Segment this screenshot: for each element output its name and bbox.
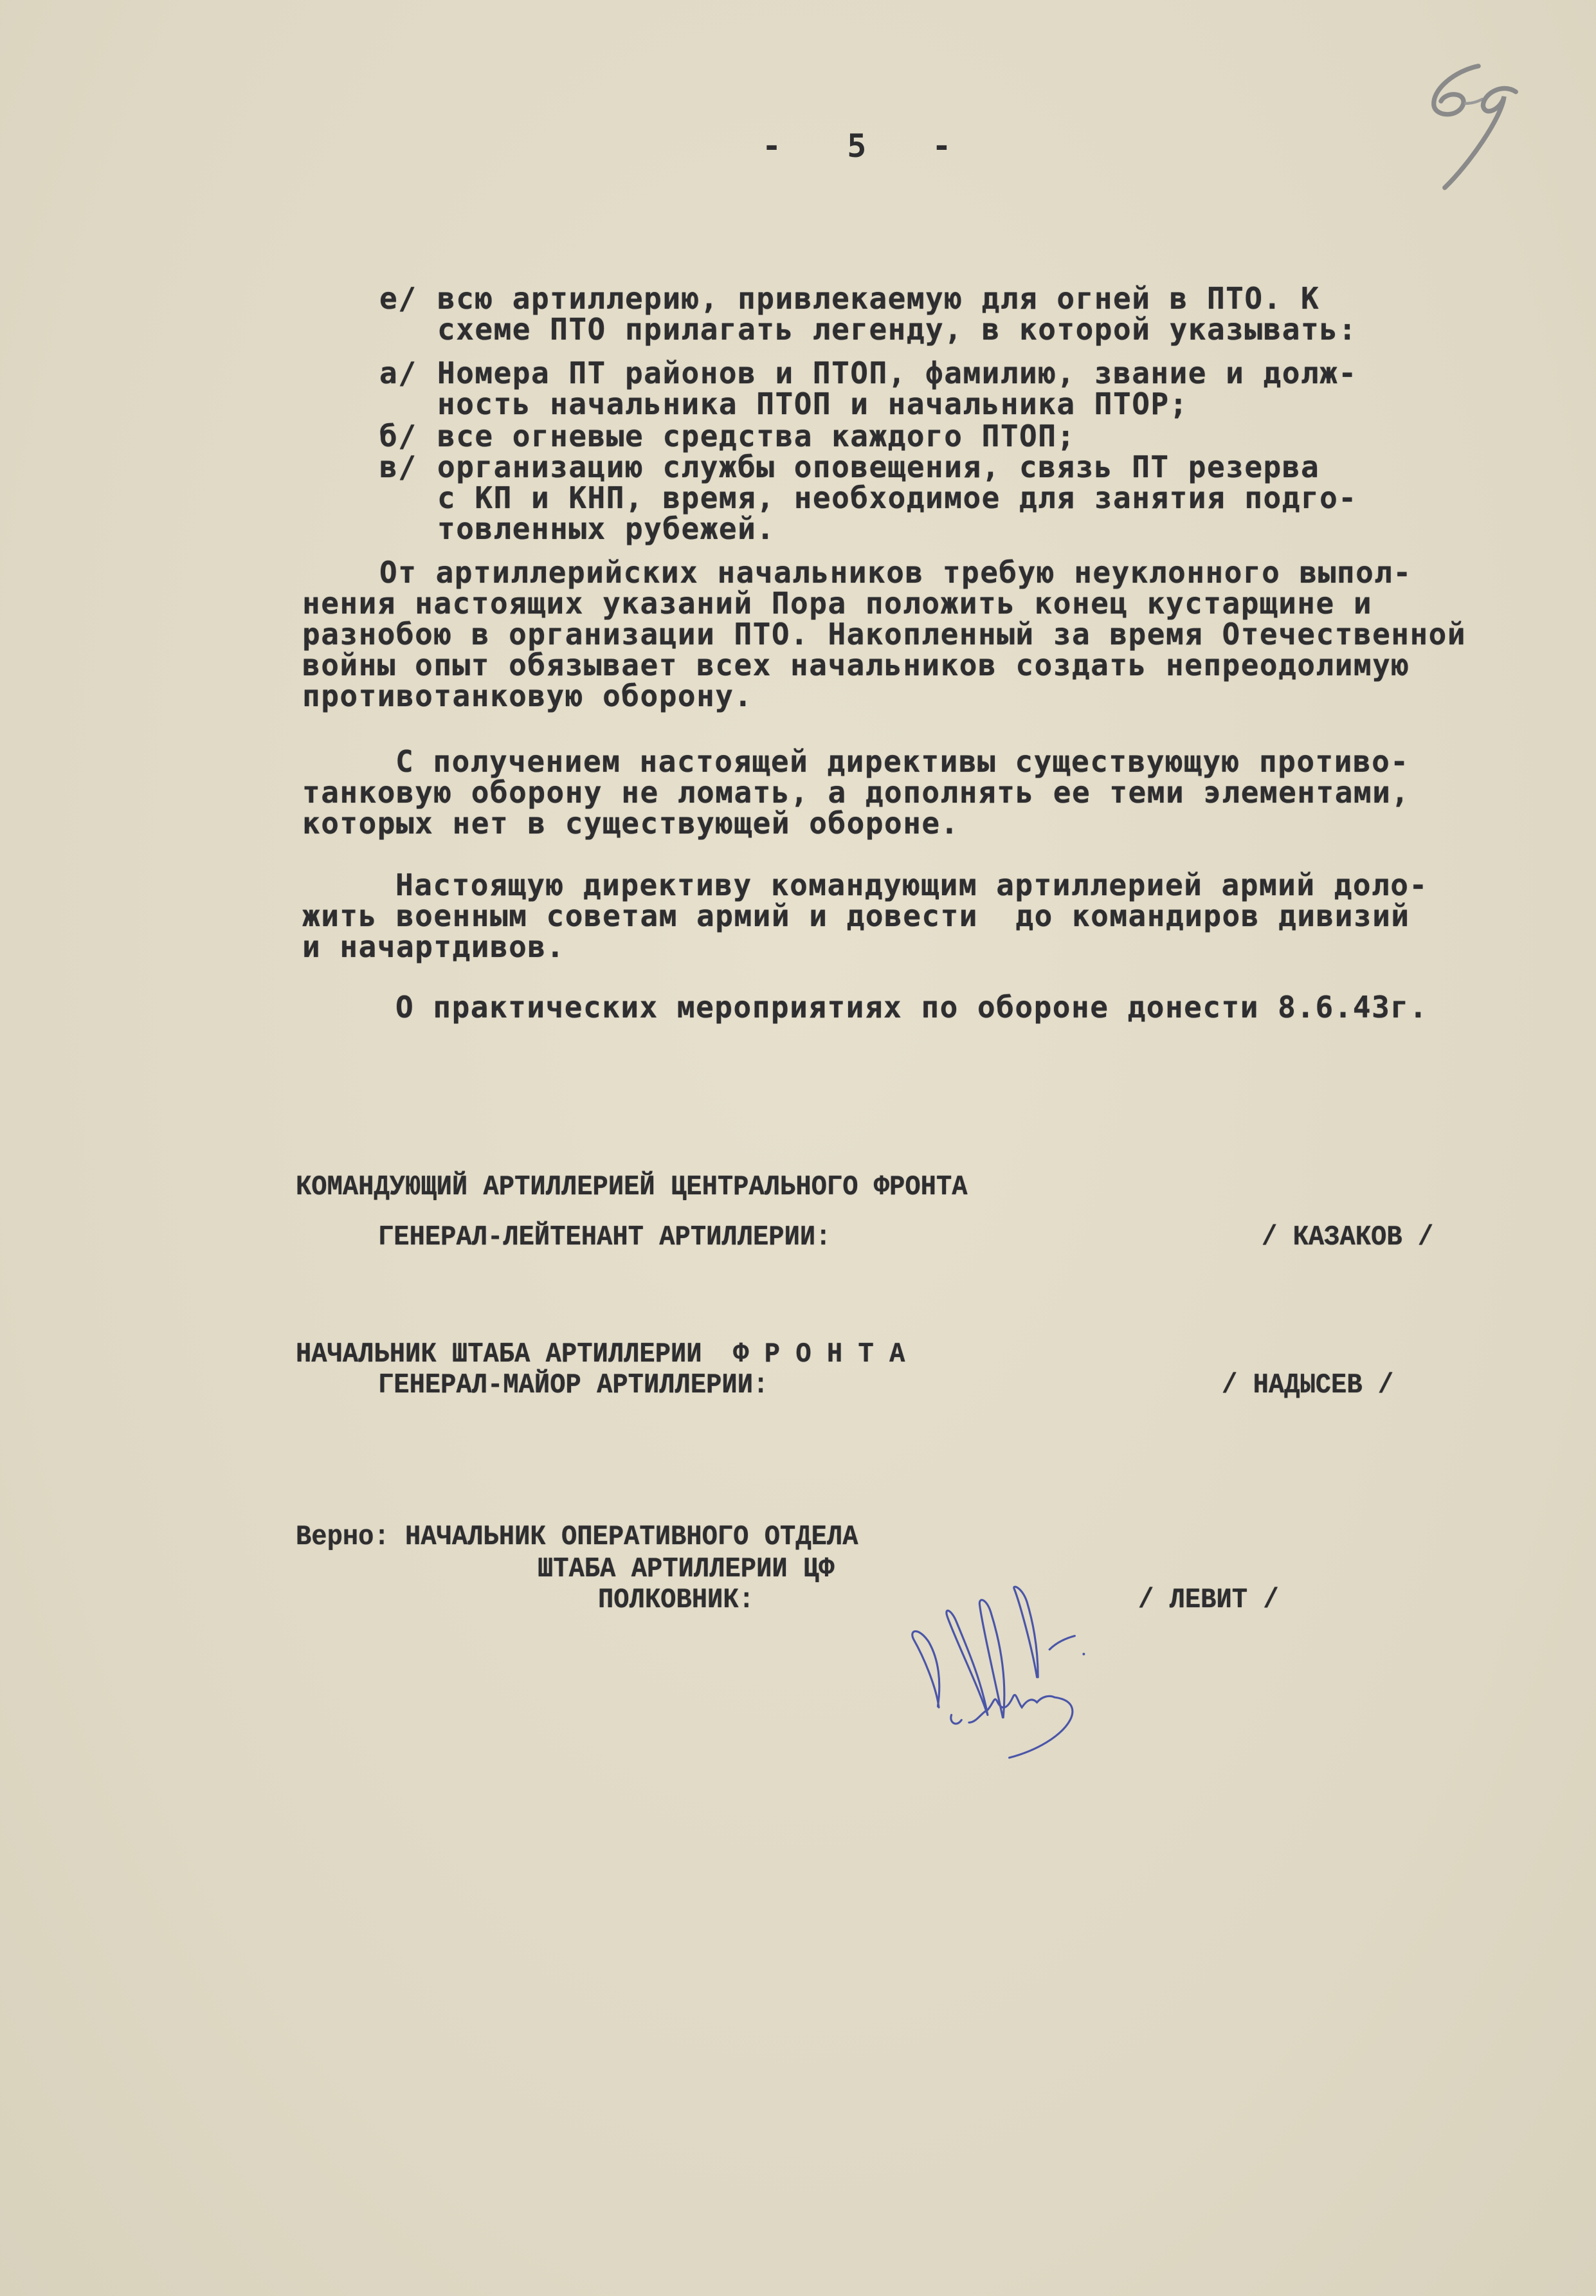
paragraph-1-line-1: От артиллерийских начальников требую неу… <box>379 557 1412 588</box>
signatory-3-title-line-2: ШТАБА АРТИЛЛЕРИИ ЦФ <box>538 1554 835 1585</box>
paragraph-4-line-1: О практических мероприятиях по обороне д… <box>395 992 1428 1023</box>
paragraph-2-line-1: С получением настоящей директивы существ… <box>395 746 1410 777</box>
list-marker-v: в/ <box>379 451 417 482</box>
handwritten-signature-levit <box>881 1556 1112 1788</box>
list-item-a-line-2: ность начальника ПТОП и начальника ПТОР; <box>437 388 1188 419</box>
archive-sheet-number-pencil <box>1408 26 1563 219</box>
signatory-1-title-line-1: КОМАНДУЮЩИЙ АРТИЛЛЕРИЕЙ ЦЕНТРАЛЬНОГО ФРО… <box>296 1172 968 1203</box>
paragraph-2-line-3: которых нет в существующей обороне. <box>302 808 959 839</box>
signatory-1-title-line-2: ГЕНЕРАЛ-ЛЕЙТЕНАНТ АРТИЛЛЕРИИ: <box>378 1222 831 1253</box>
signatory-2-name: / НАДЫСЕВ / <box>1222 1370 1393 1401</box>
paragraph-2-line-2: танковую оборону не ломать, а дополнять … <box>302 777 1410 808</box>
list-marker-e: е/ <box>379 283 417 314</box>
signatory-3-title-line-3: ПОЛКОВНИК: <box>598 1585 754 1616</box>
paragraph-1-line-2: нения настоящих указаний Пора положить к… <box>302 588 1372 619</box>
list-item-v-line-2: с КП и КНП, время, необходимое для занят… <box>437 482 1357 513</box>
paragraph-3-line-1: Настоящую директиву командующим артиллер… <box>395 870 1428 900</box>
signatory-3-name: / ЛЕВИТ / <box>1138 1585 1279 1616</box>
list-marker-b: б/ <box>379 421 417 451</box>
list-item-e-line-1: всю артиллерию, привлекаемую для огней в… <box>437 283 1319 314</box>
list-item-v-line-1: организацию службы оповещения, связь ПТ … <box>437 451 1319 482</box>
paragraph-3-line-3: и начартдивов. <box>302 931 565 962</box>
paragraph-1-line-3: разнобою в организации ПТО. Накопленный … <box>302 619 1466 650</box>
paragraph-3-line-2: жить военным советам армий и довести до … <box>302 900 1410 931</box>
list-item-e-line-2: схеме ПТО прилагать легенду, в которой у… <box>437 314 1357 345</box>
paragraph-1-line-5: противотанковую оборону. <box>302 680 753 711</box>
signatory-3-title-line-1: Верно: НАЧАЛЬНИК ОПЕРАТИВНОГО ОТДЕЛА <box>296 1522 858 1553</box>
signatory-2-title-line-1: НАЧАЛЬНИК ШТАБА АРТИЛЛЕРИИ Ф Р О Н Т А <box>296 1339 905 1370</box>
list-item-a-line-1: Номера ПТ районов и ПТОП, фамилию, звани… <box>437 358 1357 388</box>
list-item-b-line-1: все огневые средства каждого ПТОП; <box>437 421 1076 451</box>
signatory-1-name: / КАЗАКОВ / <box>1262 1222 1433 1253</box>
list-item-v-line-3: товленных рубежей. <box>437 513 775 544</box>
paragraph-1-line-4: войны опыт обязывает всех начальников со… <box>302 650 1410 680</box>
list-marker-a: а/ <box>379 358 417 388</box>
page-number: - 5 - <box>762 127 975 165</box>
signatory-2-title-line-2: ГЕНЕРАЛ-МАЙОР АРТИЛЛЕРИИ: <box>378 1370 768 1401</box>
